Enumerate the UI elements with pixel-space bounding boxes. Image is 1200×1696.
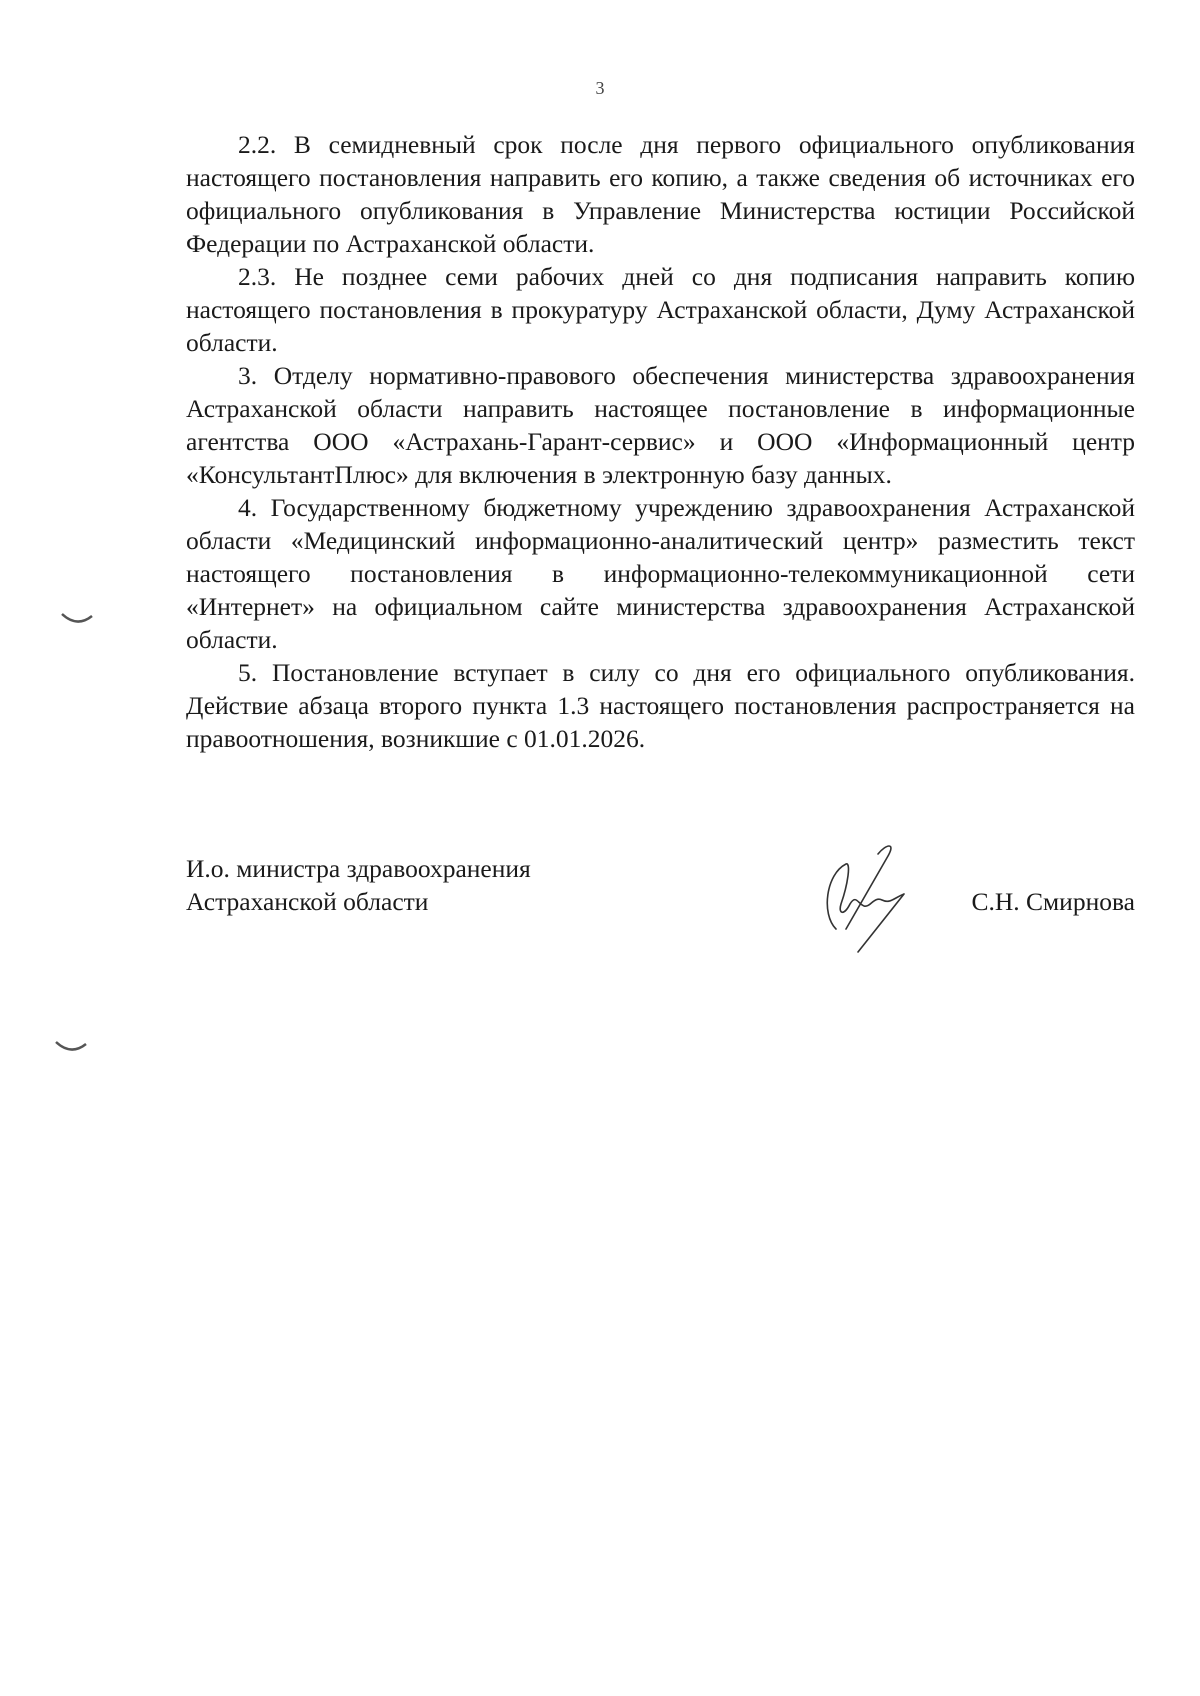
position-line-1: И.о. министра здравоохранения — [186, 852, 531, 885]
signatory-name: С.Н. Смирнова — [971, 885, 1135, 918]
hole-punch-mark-icon — [54, 1040, 88, 1054]
paragraph-2-3: 2.3. Не позднее семи рабочих дней со дня… — [186, 260, 1135, 359]
position-line-2: Астраханской области — [186, 885, 531, 918]
paragraph-4: 4. Государственному бюджетному учреждени… — [186, 491, 1135, 656]
paragraph-5: 5. Постановление вступает в силу со дня … — [186, 656, 1135, 755]
handwritten-signature-icon — [786, 834, 936, 954]
signatory-position: И.о. министра здравоохранения Астраханск… — [186, 852, 531, 918]
paragraph-2-2: 2.2. В семидневный срок после дня первог… — [186, 128, 1135, 260]
page-number: 3 — [0, 78, 1200, 99]
hole-punch-mark-icon — [60, 612, 94, 626]
paragraph-3: 3. Отделу нормативно-правового обеспечен… — [186, 359, 1135, 491]
document-body: 2.2. В семидневный срок после дня первог… — [186, 128, 1135, 755]
